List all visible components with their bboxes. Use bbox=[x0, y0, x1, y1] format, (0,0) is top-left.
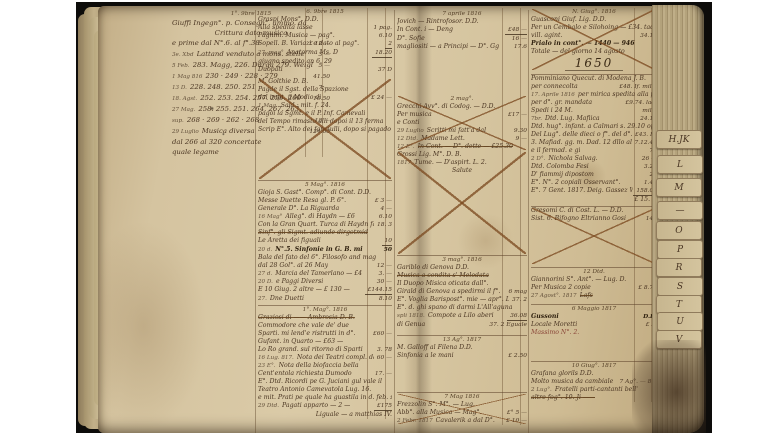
ledger-line: Bala del fato del 6°. Filosofo and mag bbox=[258, 254, 392, 262]
ledger-line: pagoi la Sgmt. e il P. Inf. Camevali bbox=[258, 110, 392, 118]
margin-date: 18. Agst. bbox=[172, 94, 197, 104]
ledger-line: Dtd. Colomba Fesi3.20 bbox=[531, 163, 657, 171]
ledger-line: Graziosi di —— Ambrosia D. B. bbox=[258, 314, 392, 322]
entry-date-header: 3 mag°. 1816 bbox=[397, 256, 527, 264]
margin-date: 27 d. bbox=[258, 270, 272, 278]
ledger-line: 27.Dne Duetti8.10 bbox=[258, 295, 392, 303]
index-tab-p: P bbox=[657, 240, 703, 259]
entry-text: Pomminiano Quecut. di Modena J. B. bbox=[531, 75, 646, 83]
entry-text: Alleg°. di Haydn — £6 bbox=[285, 213, 355, 221]
ledger-line: Grossi Lig. M°. D. B. bbox=[397, 151, 527, 159]
ledger-line: Graspi Mons°. D.D. bbox=[258, 16, 392, 24]
ledger-line: 3. Mafiad. gg. m. Dad. 12 dllo altto7.12… bbox=[531, 139, 657, 147]
entry-text: Spedi i 24 M. bbox=[531, 107, 573, 115]
entry-text: Pagati apparto — 2 — bbox=[282, 402, 350, 410]
entry-text: giugno spedito an 6. 29 bbox=[258, 58, 332, 66]
entry-text: Scritti mi fatt'a dal bbox=[427, 127, 486, 135]
entry-text: Nichola Salvag. bbox=[548, 155, 597, 163]
index-tab-s: S bbox=[657, 277, 703, 296]
entry-text: e Paggi Diversi bbox=[276, 278, 323, 286]
ledger-line: 7br.Dtd. Lug. Mafiica24.10 bbox=[531, 115, 657, 123]
entry-amount: 17. — bbox=[372, 370, 392, 378]
entry-text: dal impt. il Modio di bbox=[258, 94, 321, 102]
entry-text: E°. N°. 2 copiali Osservant°. bbox=[531, 179, 620, 187]
entry-block: 2 mag°.Grecchi Avv°. di Codog. — D.D.Per… bbox=[397, 95, 527, 151]
ledger-line: 12 Dtd.Madame Lett.9 — bbox=[397, 135, 527, 143]
entry-text: Del Lug°. delle dieci o f°. del d°. bbox=[531, 131, 632, 139]
entry-text: M. Galloff al Filena D.D. bbox=[397, 344, 473, 352]
entry-date-header: 13 Ag°. 1817 bbox=[397, 336, 527, 344]
entry-text: Jovich — Rintrofosor. D.D. bbox=[397, 18, 479, 26]
entry-text: Gussoni bbox=[531, 313, 559, 321]
entry-text: E°. Voglia Barispost°. mie — apr°. Lugl°… bbox=[397, 296, 509, 304]
entry-amount: 37. 2 bbox=[509, 296, 527, 304]
entry-text: Sald.: mit. f. 24. bbox=[281, 102, 331, 110]
entry-text: Dtd. Colomba Fesi bbox=[531, 163, 589, 171]
entry-text: Per un Cembalo e Silohoing — £34. tad. bbox=[531, 24, 656, 32]
entry-amount: 6 mag bbox=[506, 288, 528, 296]
entry-text: Girald di Genova a spedirmi il f°. bbox=[397, 288, 500, 296]
ledger-line: Alla spedita lasse1 pag. bbox=[258, 24, 392, 32]
entry-date-header: 6. 9bre 1815 bbox=[258, 8, 392, 16]
entry-amount: £60 — bbox=[370, 330, 392, 338]
entry-text: 3. Mafiad. gg. m. Dad. 12 dllo altto bbox=[531, 139, 632, 147]
entry-amount: 37 D bbox=[375, 66, 392, 74]
ledger-line: Musica a condita s' Melodata bbox=[397, 272, 527, 280]
entry-block: M. Golthie D. B.Pagde il Sgst. della Spa… bbox=[258, 78, 392, 180]
ledger-line: M. Galloff al Filena D.D. bbox=[397, 344, 527, 352]
entry-text: Madame Lett. bbox=[421, 135, 465, 143]
entry-block: 13 Ag°. 1817M. Galloff al Filena D.D.Sin… bbox=[397, 335, 527, 364]
ledger-line: Frezzolin S°. M°. — Lug. bbox=[397, 401, 527, 409]
manuscript-photo: 1°. 9bre 1815Giuffi Ingegn°. p. Consegn°… bbox=[76, 2, 712, 433]
entry-text: Nota della biofaccia bella bbox=[279, 362, 359, 370]
entry-text: Cavalerik a dal D°. bbox=[436, 417, 495, 425]
entry-text: Sist. 6. Bifogno Eltrianno Gosi bbox=[531, 215, 626, 223]
ledger-line: per d°. gr. mandata£9.74. lad. bbox=[531, 99, 657, 107]
ledger-total-figure: 1650 bbox=[565, 56, 623, 71]
entry-amount: £17 — bbox=[505, 111, 527, 119]
margin-date: 17. Aprile 1816 bbox=[531, 91, 575, 99]
entry-text: Commodore che vale de' due bbox=[258, 322, 349, 330]
margin-date: 12 Dtd. bbox=[397, 135, 418, 143]
ledger-line: E 10 Giug. 2 altre — £ 130 —£144.15 bbox=[258, 286, 392, 295]
entry-text: Guasconi Giuf. Lig. D.D. bbox=[531, 16, 606, 24]
entry-block: N. Giug°. 1816Guasconi Giuf. Lig. D.D.Pe… bbox=[531, 8, 657, 71]
entry-text: per d°. gr. mandata bbox=[531, 99, 592, 107]
entry-text: E°. Dtd. Ricordi pe G. Juciani gul vale … bbox=[258, 378, 382, 386]
ledger-line: Pagde il Sgst. della Spazione bbox=[258, 86, 392, 94]
entry-amount: 30 — bbox=[374, 278, 392, 286]
index-tab-l: L bbox=[657, 155, 703, 174]
ledger-line: Sist. 6. Bifogno Eltrianno Gosi140 bbox=[531, 215, 657, 223]
ledger-line: D°. Sofie16 — bbox=[397, 35, 527, 43]
entry-text: Bala del fato del 6°. Filosofo and mag bbox=[258, 254, 376, 262]
ledger-line: Guasconi Giuf. Lig. D.D. bbox=[531, 16, 657, 24]
entry-amount: £ 2.50 bbox=[505, 352, 527, 360]
entry-text: Per musica bbox=[397, 111, 432, 119]
ledger-line: Teatro Antonio Camevatola Lug. 16. bbox=[258, 386, 392, 394]
ledger-line: Sparti. mi lend'e ristrutti in d°.£60 — bbox=[258, 330, 392, 338]
margin-date: 7br. bbox=[531, 115, 542, 123]
ledger-line: GussoniD.D. bbox=[531, 313, 657, 321]
entry-text: Lo Ro grand. sul ritorno di Sparti bbox=[258, 346, 363, 354]
ledger-line: 1817Tume. — D'aspirt. L. 2. bbox=[397, 159, 527, 167]
ledger-line: Salute bbox=[397, 167, 527, 175]
index-tab-u: U bbox=[657, 312, 703, 331]
ledger-line: Massimo N°. 2. bbox=[531, 329, 657, 337]
ledger-line: E°. Voglia Barispost°. mie — apr°. Lugl°… bbox=[397, 296, 527, 304]
entry-amount: £ 3 — bbox=[372, 197, 392, 205]
entry-text: Alla spedita lasse bbox=[258, 24, 313, 32]
entry-text: Messe Duette Resa gl. P. 6°. bbox=[258, 197, 346, 205]
ledger-line: Gariblo di Genova D.D. bbox=[397, 264, 527, 272]
margin-date: 13 D. bbox=[172, 83, 187, 93]
entry-text: Per Musica 2 copie bbox=[531, 284, 591, 292]
entry-text: Sparti. mi lend'e ristrutti in d°. bbox=[258, 330, 355, 338]
ledger-line: Abb°. alla Musica — Mag°.£° 5 — bbox=[397, 409, 527, 417]
ledger-line: Gresomi C. di Cost. L. — D.D. bbox=[531, 207, 657, 215]
margin-date: 29 Dtd. bbox=[258, 402, 279, 410]
entry-text: Gioja S. Gast°. Comp°. di Cont. D.D. bbox=[258, 189, 371, 197]
index-tab-r: R bbox=[656, 258, 702, 277]
entry-text: M. Golthie D. B. bbox=[258, 78, 308, 86]
ledger-line: Cent'entola richiesta Dumodo17. — bbox=[258, 370, 392, 378]
margin-date: 27 Agost°. 1817 bbox=[531, 292, 577, 300]
ledger-line: Sopell. B. Variazi e dato al pag°.2 bbox=[258, 40, 392, 49]
entry-amount: 17.6 bbox=[511, 43, 527, 51]
ledger-line: 16 Mag°Alleg°. di Haydn — £66.10 bbox=[258, 213, 392, 221]
ledger-line: Girald di Genova a spedirmi il f°.6 mag bbox=[397, 288, 527, 296]
ledger-line: del Tempo rimasto alli dopoi il 13 ferma bbox=[258, 118, 392, 126]
entry-amount: £48 — bbox=[505, 26, 527, 35]
margin-date: 29 Luglio bbox=[397, 127, 424, 135]
entry-text: Grossi Lig. M°. D. B. bbox=[397, 151, 461, 159]
entry-text: Totale — del giorno 14 agosto bbox=[531, 48, 625, 56]
ledger-line: e mit. Prati pe quale ha guastila in d. … bbox=[258, 394, 392, 402]
entry-text: Frezzolin S°. M°. — Lug. bbox=[397, 401, 475, 409]
ledger-line: 27. mag°Anatorma Ms. D18.20 bbox=[258, 49, 392, 58]
ledger-line: Del Lug°. delle dieci o f°. del d°.£43. … bbox=[531, 131, 657, 139]
index-tab-: — bbox=[657, 201, 703, 220]
entry-block: Pomminiano Quecut. di Modena J. B.per co… bbox=[531, 74, 657, 204]
entry-text: Il Duopo Misica oticata dall°. bbox=[397, 280, 488, 288]
entry-amount: 36.08 bbox=[507, 312, 527, 321]
ledger-line: giugno spedito an 6. 29 bbox=[258, 58, 392, 66]
entry-amount: 9 — bbox=[512, 135, 527, 143]
margin-date: 20 d. bbox=[258, 246, 272, 254]
ledger-line: M. Golthie D. B. bbox=[258, 78, 392, 86]
ledger-line: Totale — del giorno 14 agosto bbox=[531, 48, 657, 56]
entry-text: In Cont. — D°. dette — £25.30 bbox=[418, 143, 513, 151]
margin-date: 1 Mag 816 bbox=[172, 72, 202, 82]
entry-date-header: N. Giug°. 1816 bbox=[531, 8, 657, 16]
entry-text: E°. 7 Gent. 1817. Deig. Gassez W. di mus… bbox=[531, 187, 633, 195]
ledger-line: spli 1818.Compote a Lilo aberi36.08 bbox=[397, 312, 527, 321]
entry-text: Pagnim. Musica — pag°. bbox=[258, 32, 335, 40]
entry-amount: £° 5 — bbox=[504, 409, 527, 417]
entry-text: N°.5. Sinfonie in G. B. mi bbox=[275, 246, 362, 254]
ledger-line: Gioja S. Gast°. Comp°. di Cont. D.D. bbox=[258, 189, 392, 197]
entry-amount: 37. 2 Eguale bbox=[486, 321, 527, 329]
ledger-line: E°. d. ghi spano di darmi L'All'aguna bbox=[397, 304, 527, 312]
entry-block: 5 Mag°. 1816Gioja S. Gast°. Comp°. di Co… bbox=[258, 180, 392, 303]
entry-text: Dtd. Lug. Mafiica bbox=[545, 115, 600, 123]
entry-text: Anatorma Ms. D bbox=[287, 49, 338, 57]
entry-date-header: 6 Maggio 1817 bbox=[531, 305, 657, 313]
entry-amount: £ 24 — bbox=[368, 94, 392, 102]
entry-amount: 8.10 bbox=[376, 295, 392, 303]
ledger-line: Lo Ro grand. sul ritorno di Sparti3. 78 bbox=[258, 346, 392, 354]
screenshot-stage: 1°. 9bre 1815Giuffi Ingegn°. p. Consegn°… bbox=[0, 0, 770, 433]
entry-text: dal 28 Gol°. al 26 May bbox=[258, 262, 328, 270]
entry-date-header: 12 Dtd. bbox=[531, 268, 657, 276]
margin-date: 2 Lug°. bbox=[531, 386, 552, 394]
ledger-line: 27 Agost°. 1817Lafs bbox=[531, 292, 657, 300]
entry-text: pagoi la Sgmt. e il P. Inf. Camevali bbox=[258, 110, 365, 118]
entry-date-header: 7 Mag 1816 bbox=[397, 393, 527, 401]
entry-text: altre fog°. 10. Ji —— bbox=[531, 394, 595, 402]
ledger-line: Giannorini S°. Ant°. — Lug. D. bbox=[531, 276, 657, 284]
ledger-line: Con la Gran Quart. Turca di Haydn fa18. … bbox=[258, 221, 392, 229]
entry-text: Abb°. alla Musica — Mag°. bbox=[397, 409, 482, 417]
entry-text: magliositi — a Principi — D°. Gg bbox=[397, 43, 499, 51]
entry-text: E°. d. ghi spano di darmi L'All'aguna bbox=[397, 304, 512, 312]
ledger-line: Per musica£17 — bbox=[397, 111, 527, 119]
ledger-line: Generale D°. La Riguarda4 — bbox=[258, 205, 392, 213]
entry-text: Musica a condita s' Melodata bbox=[397, 272, 489, 280]
ledger-line: e il fermad. e gi75 bbox=[531, 147, 657, 155]
ledger-line: per connecolta£48. If. mille bbox=[531, 83, 657, 91]
entry-text: del Tempo rimasto alli dopoi il 13 ferma bbox=[258, 118, 383, 126]
ledger-line: 20 D.e Paggi Diversi30 — bbox=[258, 278, 392, 286]
ledger-column-3: 7 aprile 1816Jovich — Rintrofosor. D.D.I… bbox=[397, 8, 527, 425]
ledger-line: 1 Mag.Sald.: mit. f. 24. bbox=[258, 102, 392, 110]
entry-text: Scrip E°. Alto dei fanciulli, dopo si pa… bbox=[258, 126, 392, 134]
ledger-line: 20 d.N°.5. Sinfonie in G. B. mi50 bbox=[258, 246, 392, 254]
entry-date-header: 2 mag°. bbox=[397, 95, 527, 103]
entry-text: E 10 Giug. 2 altre — £ 130 — bbox=[258, 286, 350, 294]
ledger-line: di Genua37. 2 Eguale bbox=[397, 321, 527, 329]
margin-date: 29 Luglio bbox=[172, 127, 199, 137]
entry-text: Teatro Antonio Camevatola Lug. 16. bbox=[258, 386, 371, 394]
entry-amount: 16 — bbox=[509, 35, 527, 43]
entry-block: 7 aprile 1816Jovich — Rintrofosor. D.D.I… bbox=[397, 10, 527, 51]
entry-block: 12 Dtd.Giannorini S°. Ant°. — Lug. D.Per… bbox=[531, 267, 657, 300]
ledger-line: Pomminiano Quecut. di Modena J. B. bbox=[531, 75, 657, 83]
margin-date: 2 Febr. 1817 bbox=[397, 417, 433, 425]
entry-amount: 6.10 bbox=[376, 32, 392, 40]
ledger-line: Il Duopo Misica oticata dall°. bbox=[397, 280, 527, 288]
entry-amount: 6.10 bbox=[376, 213, 392, 221]
ledger-column-2: 6. 9bre 1815Graspi Mons°. D.D.Alla spedi… bbox=[258, 8, 392, 419]
entry-text: Prialo in cont°. — 1440 — 946 bbox=[531, 40, 635, 48]
ledger-line: E°. 7 Gent. 1817. Deig. Gassez W. di mus… bbox=[531, 187, 657, 196]
entry-text: Musica diversa bbox=[202, 126, 255, 136]
entry-text: Sopell. B. Variazi e dato al pag°. bbox=[258, 40, 359, 48]
entry-text: Graziosi di —— Ambrosia D. B. bbox=[258, 314, 355, 322]
entry-date-header: 5 Mag°. 1816 bbox=[258, 181, 392, 189]
entry-amount: £175 bbox=[374, 402, 392, 411]
margin-date: 27. mag° bbox=[258, 49, 284, 57]
entry-amount: 4 — bbox=[377, 205, 392, 213]
entry-text: Cent'entola richiesta Dumodo bbox=[258, 370, 352, 378]
entry-amount: 3. 78 bbox=[374, 346, 392, 354]
entry-text: Sinfonia a le mani bbox=[397, 352, 454, 360]
entry-text: D°. Sofie bbox=[397, 35, 425, 43]
entry-amount: 1 pag. bbox=[370, 24, 392, 32]
ledger-line: Sinfonia a le mani£ 2.50 bbox=[397, 352, 527, 360]
entry-text: Le Aretta dei figuali bbox=[258, 237, 321, 245]
entry-text: dal 266 al 320 concertate bbox=[172, 137, 262, 147]
ledger-line: Grecchi Avv°. di Codog. — D.D. bbox=[397, 103, 527, 111]
ledger-line: 29 LuglioScritti mi fatt'a dal9.30 bbox=[397, 127, 527, 135]
ledger-line: dal impt. il Modio di£ 24 — bbox=[258, 94, 392, 102]
margin-date: spli 1818. bbox=[397, 312, 425, 320]
entry-text: Sinf°. gli Sigmt. adiunde dirgotmid bbox=[258, 229, 368, 237]
entry-text: Salute bbox=[452, 167, 472, 175]
margin-date: 16 Mag° bbox=[258, 213, 282, 221]
ledger-line: 17. Aprile 1816per mirica spedita alla p… bbox=[531, 91, 657, 99]
ledger-line: magliositi — a Principi — D°. Gg17.6 bbox=[397, 43, 527, 51]
entry-text: Gariblo di Genova D.D. bbox=[397, 264, 469, 272]
ledger-line: Messe Duette Resa gl. P. 6°.£ 3 — bbox=[258, 197, 392, 205]
ledger-line: Liguale — a matthias IV. bbox=[258, 411, 392, 419]
margin-date: 2 D°. bbox=[531, 155, 545, 163]
ledger-line: Per Musica 2 copie£ 8.75 bbox=[531, 284, 657, 292]
ledger-line: £ 15. D bbox=[531, 196, 657, 204]
margin-date: 5 Feb. bbox=[172, 61, 190, 71]
entry-text: quale legame bbox=[172, 147, 219, 157]
ledger-line: Gufant. in Quarto — £63 — bbox=[258, 338, 392, 346]
ledger-line: E°. Dtd. Ricordi pe G. Juciani gul vale … bbox=[258, 378, 392, 386]
entry-text: e mit. Prati pe quale ha guastila in d. … bbox=[258, 394, 392, 402]
entry-text: Duopati bbox=[258, 66, 283, 74]
ledger-line: Jovich — Rintrofosor. D.D. bbox=[397, 18, 527, 26]
entry-block: Gresomi C. di Cost. L. — D.D.Sist. 6. Bi… bbox=[531, 206, 657, 265]
entry-text: In Cont. i — Deng bbox=[397, 26, 453, 34]
ledger-line: Spedi i 24 M.mille bbox=[531, 107, 657, 115]
entry-amount: £ 10 — bbox=[503, 417, 527, 425]
entry-text: e il fermad. e gi bbox=[531, 147, 580, 155]
entry-text: Molto musica da cambiale bbox=[531, 378, 613, 386]
entry-text: Nota dei Teatri compl. dal bbox=[297, 354, 374, 362]
entry-block: 1°. Mag°. 1816Graziosi di —— Ambrosia D.… bbox=[258, 305, 392, 419]
entry-text: di Genua bbox=[397, 321, 425, 329]
worn-corner bbox=[632, 340, 706, 433]
entry-text: e prime dal N°.6. al f°.38 bbox=[172, 38, 260, 48]
entry-text: per connecolta bbox=[531, 83, 578, 91]
entry-text: Lafs bbox=[580, 292, 593, 300]
margin-date: 27. bbox=[258, 295, 267, 303]
entry-text: Grafana glorils D.D. bbox=[531, 370, 593, 378]
margin-date: 23 E°. bbox=[258, 362, 276, 370]
entry-text: Locale Moretti bbox=[531, 321, 577, 329]
entry-amount: 12 — bbox=[374, 262, 392, 270]
margin-date: 16 Lug. 817. bbox=[258, 354, 294, 362]
ledger-line: 16 Lug. 817.Nota dei Teatri compl. dal60… bbox=[258, 354, 392, 362]
margin-date: 1 Mag. bbox=[258, 102, 278, 110]
entry-text: vill. agint. bbox=[531, 32, 562, 40]
ledger-line: In Cont. i — Deng£48 — bbox=[397, 26, 527, 35]
ledger-line: 27 d.Marcia del Tamerlano — £43. — bbox=[258, 270, 392, 278]
ledger-line: Prialo in cont°. — 1440 — 946 bbox=[531, 40, 657, 48]
ledger-line: Locale Moretti£ 2. bbox=[531, 321, 657, 329]
ledger-line: 29 Dtd.Pagati apparto — 2 —£175 bbox=[258, 402, 392, 411]
entry-text: e Conti bbox=[397, 119, 420, 127]
entry-text: Marcia del Tamerlano — £4 bbox=[275, 270, 362, 278]
entry-block: 6. 9bre 1815Graspi Mons°. D.D.Alla spedi… bbox=[258, 8, 392, 74]
ledger-line: 23 E°.Nota della biofaccia bella bbox=[258, 362, 392, 370]
entry-text: Fratelli parti-cantanti bell' bbox=[555, 386, 638, 394]
ledger-line: E°. N°. 2 copiali Osservant°.1.40 bbox=[531, 179, 657, 187]
margin-date: sup. bbox=[172, 116, 184, 126]
entry-amount: 18. 3 bbox=[374, 221, 392, 229]
ledger-line: Scrip E°. Alto dei fanciulli, dopo si pa… bbox=[258, 126, 392, 134]
entry-amount: 18.20 bbox=[372, 49, 392, 58]
index-tab-hjk: H.JK bbox=[656, 130, 702, 149]
ledger-line: Pagnim. Musica — pag°.6.10 bbox=[258, 32, 392, 40]
entry-amount: 50 bbox=[381, 246, 392, 254]
entry-text: D' fiammij dipostom bbox=[531, 171, 594, 179]
entry-text: Grecchi Avv°. di Codog. — D.D. bbox=[397, 103, 495, 111]
ledger-line: Dtd. hug°. infant. a Calmari s. 29.10 op… bbox=[531, 123, 657, 131]
ledger-line: Le Aretta dei figuali10 bbox=[258, 237, 392, 246]
entry-text: Compote a Lilo aberi bbox=[428, 312, 494, 320]
entry-text: 268 · 269 · 262 · 268 bbox=[187, 115, 259, 125]
margin-date: 12 E°. bbox=[397, 143, 415, 151]
ledger-line: 2 D°.Nichola Salvag.26 — bbox=[531, 155, 657, 163]
entry-text: Dtd. hug°. infant. a Calmari s. 29.10 op… bbox=[531, 123, 657, 131]
entry-block: 7 Mag 1816Frezzolin S°. M°. — Lug.Abb°. … bbox=[397, 392, 527, 425]
entry-amount: 3. — bbox=[376, 270, 392, 278]
ledger-line: 12 E°.In Cont. — D°. dette — £25.30 bbox=[397, 143, 527, 151]
entry-date-header: 7 aprile 1816 bbox=[397, 10, 527, 18]
entry-amount: £144.15 bbox=[365, 286, 392, 295]
entry-amount: 10 bbox=[382, 237, 393, 246]
alphabet-index-tabs: H.JKLM—OPRSTUV bbox=[656, 130, 702, 362]
ledger-line: Sinf°. gli Sigmt. adiunde dirgotmid bbox=[258, 229, 392, 237]
index-tab-m: M bbox=[656, 178, 702, 197]
entry-block: 3 mag°. 1816Gariblo di Genova D.D.Musica… bbox=[397, 255, 527, 329]
entry-text: per mirica spedita alla posta in d°. fed… bbox=[578, 91, 657, 99]
entry-text: Con la Gran Quart. Turca di Haydn fa bbox=[258, 221, 374, 229]
entry-text: Graspi Mons°. D.D. bbox=[258, 16, 318, 24]
entry-block: Grossi Lig. M°. D. B.1817Tume. — D'aspir… bbox=[397, 151, 527, 255]
column-separator-line bbox=[394, 10, 395, 433]
ledger-line: Duopati37 D bbox=[258, 66, 392, 74]
entry-amount: 2 bbox=[385, 40, 392, 49]
entry-text: Massimo N°. 2. bbox=[531, 329, 579, 337]
entry-text: Liguale — a matthias IV. bbox=[316, 411, 392, 419]
margin-date: 20 D. bbox=[258, 278, 273, 286]
ledger-line: dal 28 Gol°. al 26 May12 — bbox=[258, 262, 392, 270]
margin-date: 1817 bbox=[397, 159, 411, 167]
ledger-line: vill. agint.34.10 bbox=[531, 32, 657, 40]
ledger-line: Commodore che vale de' due bbox=[258, 322, 392, 330]
entry-amount: £48. If. mille bbox=[616, 83, 657, 91]
column-separator-line bbox=[528, 10, 529, 433]
entry-text: Gufant. in Quarto — £63 — bbox=[258, 338, 343, 346]
entry-text: Giannorini S°. Ant°. — Lug. D. bbox=[531, 276, 626, 284]
entry-amount: 60 — bbox=[374, 354, 392, 362]
ledger-line: 2 Febr. 1817Cavalerik a dal D°.£ 10 — bbox=[397, 417, 527, 425]
entry-amount: 9.30 bbox=[511, 127, 527, 135]
entry-text: Generale D°. La Riguarda bbox=[258, 205, 339, 213]
margin-date: 27 Mag. bbox=[172, 105, 195, 115]
entry-text: Dne Duetti bbox=[270, 295, 304, 303]
entry-text: 228. 248. 250. 251 bbox=[190, 82, 256, 92]
